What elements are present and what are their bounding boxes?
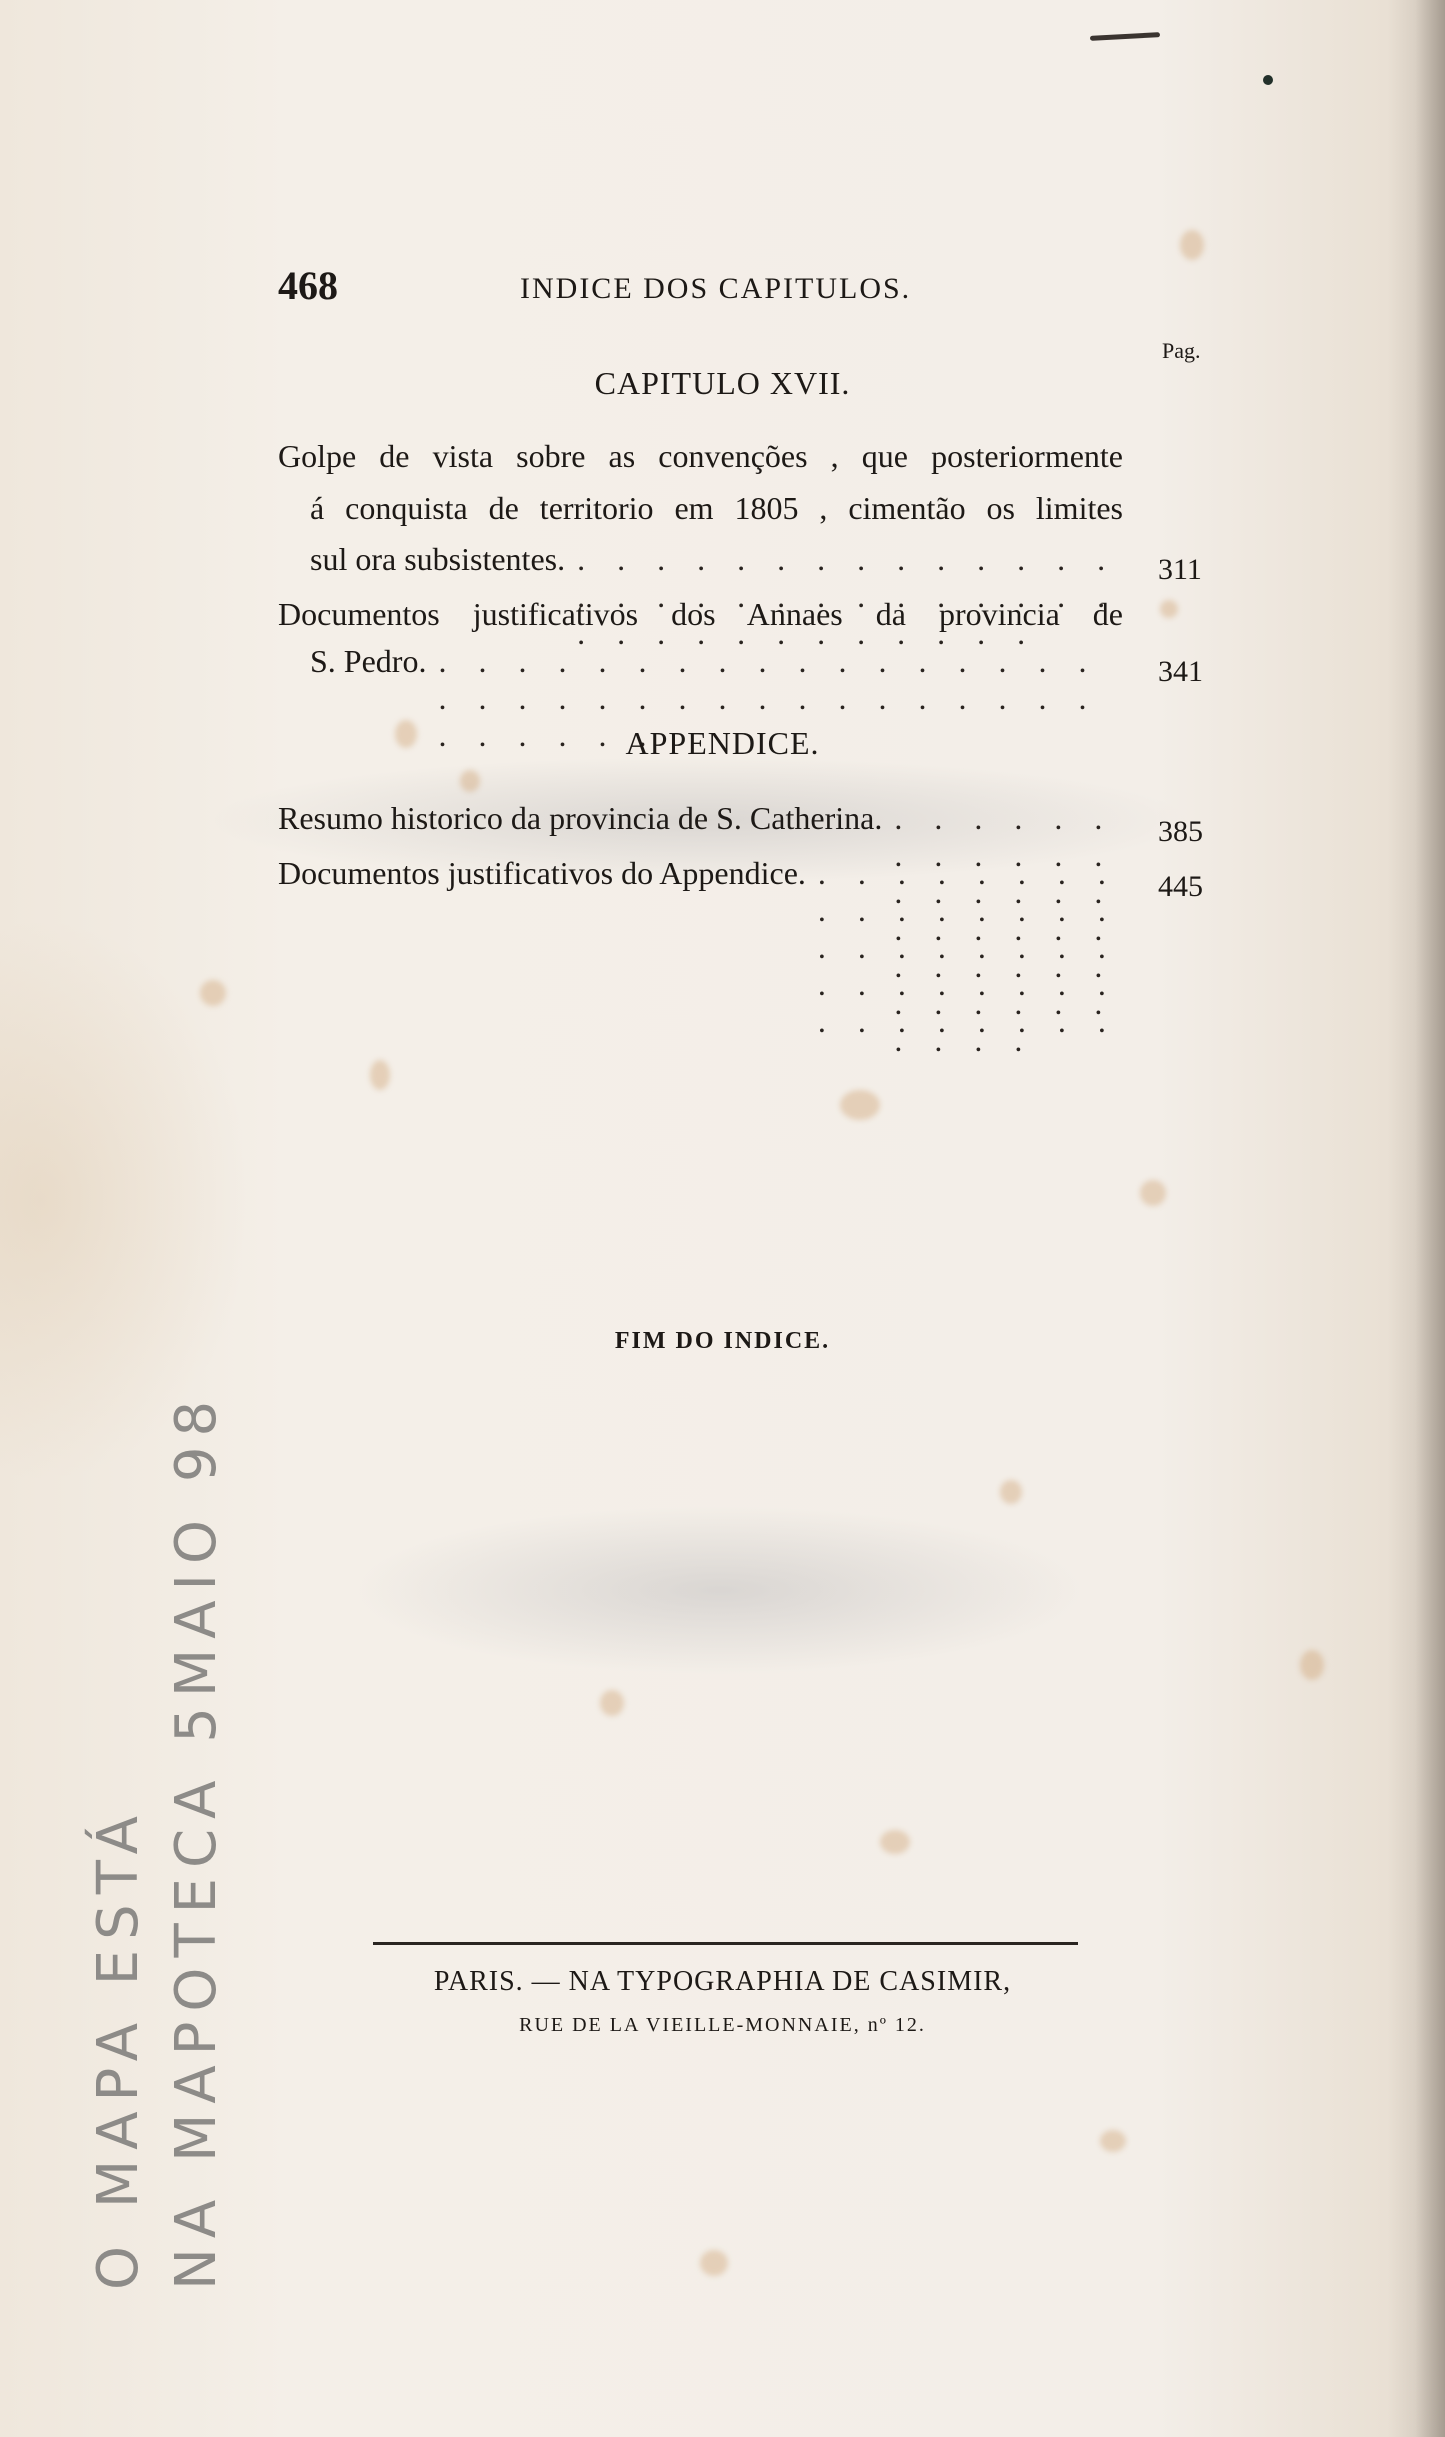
foxing-stain: [200, 980, 226, 1006]
page-number: 468: [278, 262, 338, 309]
scanned-book-page: 468 INDICE DOS CAPITULOS. Pag. CAPITULO …: [0, 0, 1445, 2437]
handwritten-pencil-note: O MAPA ESTÁ NA MAPOTECA 5MAIO 98: [80, 1391, 236, 2290]
foxing-stain: [1000, 1480, 1022, 1504]
toc-entry-line: Documentos justificativos do Appendice. …: [278, 855, 1123, 1040]
foxing-stain: [1180, 230, 1204, 260]
foxing-stain: [600, 1690, 624, 1716]
toc-page-number: 311: [1158, 553, 1202, 587]
toc-page-number: 385: [1158, 815, 1203, 849]
dot-leader: . . . . . . . . . . . . . . . . . . . . …: [806, 855, 1123, 1040]
foxing-stain: [1160, 600, 1178, 618]
end-of-index: FIM DO INDICE.: [0, 1328, 1445, 1355]
foxing-stain: [1300, 1650, 1324, 1680]
page-column-label: Pag.: [1162, 338, 1201, 364]
foxing-stain: [460, 770, 480, 792]
ink-mark-dot: [1263, 75, 1273, 85]
foxing-stain: [1100, 2130, 1126, 2152]
toc-page-number: 341: [1158, 655, 1203, 689]
section-title-appendice: APPENDICE.: [0, 725, 1445, 762]
foxing-stain: [370, 1060, 390, 1090]
ink-mark-dash: [1090, 32, 1160, 41]
toc-entry-line: á conquista de territorio em 1805 , cime…: [310, 490, 1123, 527]
imprint-rule: [373, 1942, 1078, 1945]
section-title-capitulo-xvii: CAPITULO XVII.: [0, 365, 1445, 402]
toc-entry-line: Golpe de vista sobre as convenções , que…: [278, 438, 1123, 475]
foxing-stain: [840, 1090, 880, 1120]
page-title: INDICE DOS CAPITULOS.: [520, 272, 911, 306]
toc-page-number: 445: [1158, 870, 1203, 904]
toc-entry-line: Documentos justificativos dos Annaes da …: [278, 596, 1123, 633]
foxing-stain: [880, 1830, 910, 1854]
foxing-stain: [1140, 1180, 1166, 1206]
foxing-stain: [700, 2250, 728, 2276]
